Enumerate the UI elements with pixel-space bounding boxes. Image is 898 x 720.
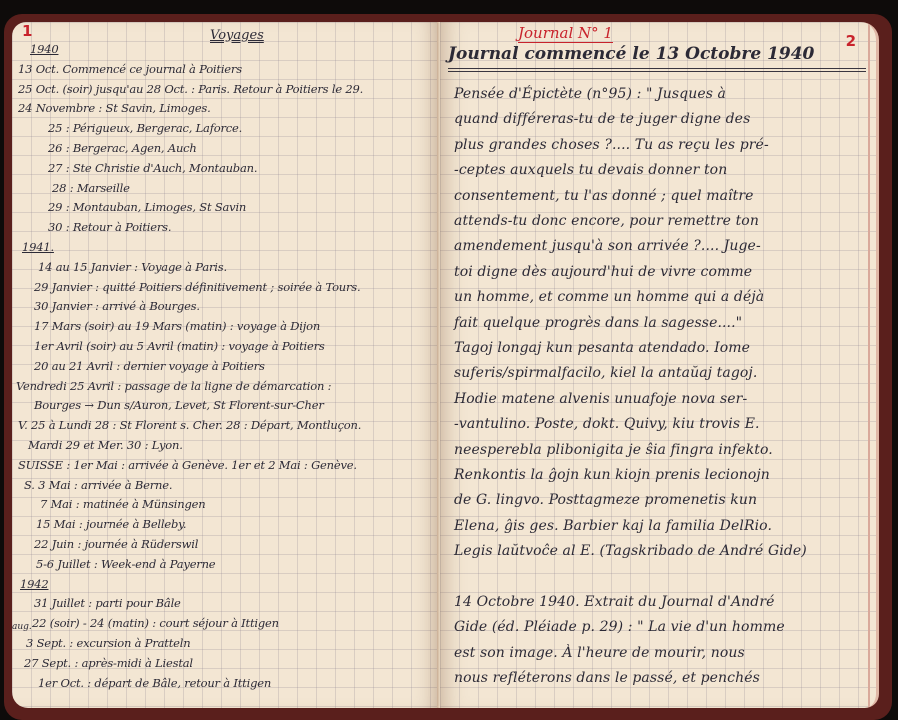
journal-label: Journal N° 1 — [518, 24, 613, 43]
voyage-entry: 15 Mai : journée à Belleby. — [36, 517, 186, 531]
voyage-entry: Bourges → Dun s/Auron, Levet, St Florent… — [34, 398, 324, 412]
voyage-entry: 31 Juillet : parti pour Bâle — [34, 596, 181, 610]
year-heading: 1940 — [30, 42, 58, 56]
voyage-entry: 27 Sept. : après-midi à Liestal — [24, 656, 193, 670]
journal-line: attends-tu donc encore, pour remettre to… — [454, 213, 759, 229]
journal-line: Renkontis la ĝojn kun kiojn prenis lecio… — [454, 467, 770, 483]
journal-line: est son image. À l'heure de mourir, nous — [454, 645, 745, 661]
journal-line: Tagoj longaj kun pesanta atendado. Iome — [454, 340, 750, 356]
header-rule — [448, 68, 866, 69]
voyage-entry: 29 Janvier : quitté Poitiers définitivem… — [34, 280, 360, 294]
voyage-entry: 13 Oct. Commencé ce journal à Poitiers — [18, 62, 242, 76]
journal-line: fait quelque progrès dans la sagesse....… — [454, 315, 742, 331]
notebook-spread: 1 Voyages 194013 Oct. Commencé ce journa… — [0, 0, 898, 720]
journal-line: 14 Octobre 1940. Extrait du Journal d'An… — [454, 594, 775, 610]
voyage-entry: 20 au 21 Avril : dernier voyage à Poitie… — [34, 359, 265, 373]
journal-header: Journal commencé le 13 Octobre 1940 — [448, 44, 814, 64]
voyage-entry: 30 : Retour à Poitiers. — [48, 220, 171, 234]
page-number-right: 2 — [846, 32, 856, 50]
voyage-entry: 25 Oct. (soir) jusqu'au 28 Oct. : Paris.… — [18, 82, 363, 96]
journal-line: Legis laŭtvoĉe al E. (Tagskribado de And… — [454, 543, 807, 559]
voyage-entry: 28 : Marseille — [52, 181, 130, 195]
page-number-left: 1 — [22, 22, 32, 40]
journal-line: amendement jusqu'à son arrivée ?.... Jug… — [454, 238, 761, 254]
journal-line: suferis/spirmalfacilo, kiel la antaŭaj t… — [454, 365, 757, 381]
journal-line: nous refléterons dans le passé, et pench… — [454, 670, 760, 686]
journal-line: quand différeras-tu de te juger digne de… — [454, 111, 750, 127]
voyage-entry: Vendredi 25 Avril : passage de la ligne … — [16, 379, 331, 393]
voyage-entry: 27 : Ste Christie d'Auch, Montauban. — [48, 161, 257, 175]
journal-line: de G. lingvo. Posttagmeze promenetis kun — [454, 492, 757, 508]
journal-line: Pensée d'Épictète (n°95) : " Jusques à — [454, 86, 726, 102]
voyage-entry: Mardi 29 et Mer. 30 : Lyon. — [28, 438, 183, 452]
journal-line: Elena, ĝis ges. Barbier kaj la familia D… — [454, 518, 772, 534]
journal-line: -ceptes auxquels tu devais donner ton — [454, 162, 727, 178]
voyage-entry: 3 Sept. : excursion à Pratteln — [26, 636, 190, 650]
left-page: 1 Voyages 194013 Oct. Commencé ce journa… — [12, 22, 440, 708]
voyage-entry: 5-6 Juillet : Week-end à Payerne — [36, 557, 215, 571]
journal-line: consentement, tu l'as donné ; quel maîtr… — [454, 188, 754, 204]
voyage-entry: 22 (soir) - 24 (matin) : court séjour à … — [32, 616, 279, 630]
voyage-entry: 29 : Montauban, Limoges, St Savin — [48, 200, 246, 214]
voyage-entry: V. 25 à Lundi 28 : St Florent s. Cher. 2… — [18, 418, 361, 432]
voyage-entry: 7 Mai : matinée à Münsingen — [40, 497, 205, 511]
journal-line: Gide (éd. Pléiade p. 29) : " La vie d'un… — [454, 619, 785, 635]
voyage-entry: 1er Avril (soir) au 5 Avril (matin) : vo… — [34, 339, 325, 353]
voyage-entry: S. 3 Mai : arrivée à Berne. — [24, 478, 172, 492]
voyage-entry: 22 Juin : journée à Rüderswil — [34, 537, 198, 551]
voyage-entry: 14 au 15 Janvier : Voyage à Paris. — [38, 260, 227, 274]
voyage-entry: 1er Oct. : départ de Bâle, retour à Itti… — [38, 676, 271, 690]
voyage-entry: 24 Novembre : St Savin, Limoges. — [18, 101, 211, 115]
voyage-entry: 25 : Périgueux, Bergerac, Laforce. — [48, 121, 242, 135]
journal-line: toi digne dès aujourd'hui de vivre comme — [454, 264, 752, 280]
right-page: 2 Journal N° 1 Journal commencé le 13 Oc… — [440, 22, 879, 708]
voyage-entry: 30 Janvier : arrivé à Bourges. — [34, 299, 200, 313]
journal-line: -vantulino. Poste, dokt. Quivy, kiu trov… — [454, 416, 760, 432]
voyage-entry: SUISSE : 1er Mai : arrivée à Genève. 1er… — [18, 458, 357, 472]
year-heading: 1942 — [20, 577, 48, 591]
journal-line: plus grandes choses ?.... Tu as reçu les… — [454, 137, 769, 153]
voyage-entry: 26 : Bergerac, Agen, Auch — [48, 141, 197, 155]
journal-line: neesperebla plibonigita je ŝia fingra in… — [454, 442, 773, 458]
year-heading: 1941. — [22, 240, 54, 254]
header-rule-double — [448, 71, 866, 72]
journal-line: un homme, et comme un homme qui a déjà — [454, 289, 764, 305]
voyages-title: Voyages — [210, 28, 264, 43]
journal-line: Hodie matene alvenis unuafoje nova ser- — [454, 391, 747, 407]
margin-note: aug. — [12, 622, 32, 632]
voyage-entry: 17 Mars (soir) au 19 Mars (matin) : voya… — [34, 319, 320, 333]
